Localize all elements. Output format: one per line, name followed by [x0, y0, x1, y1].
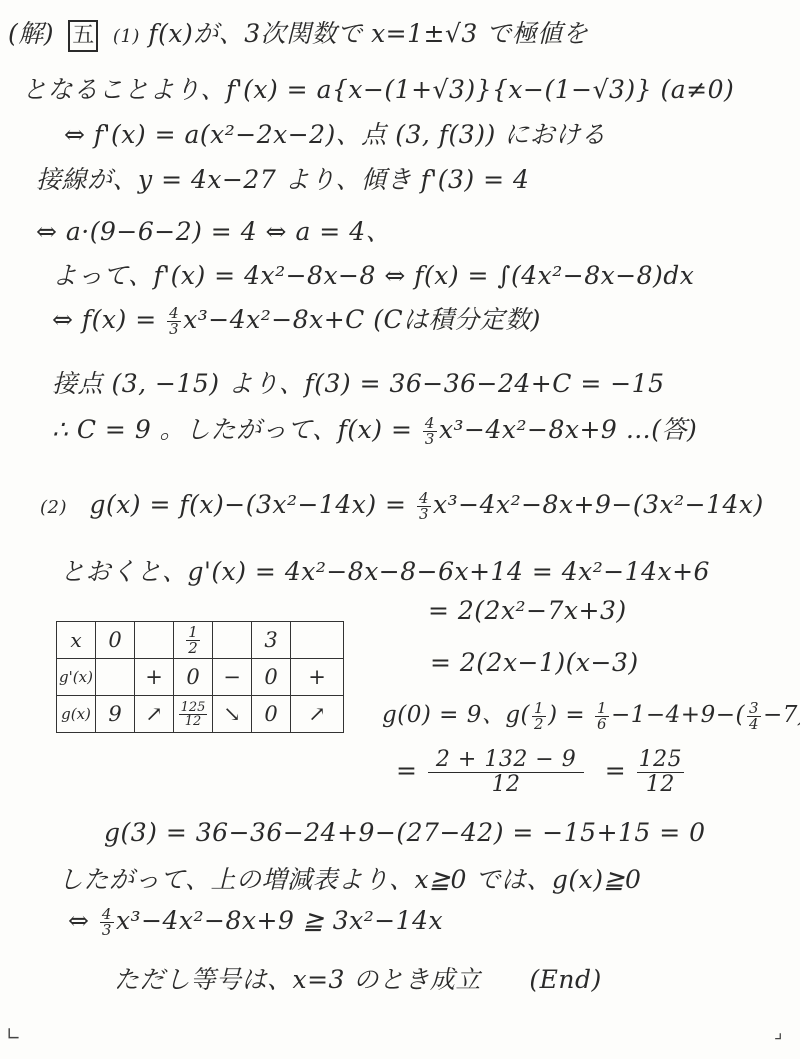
- line-9: ∴ C = 9 。したがって、f(x) = 4 3 x³−4x²−8x+9 …(…: [52, 410, 697, 447]
- table-cell: 0: [252, 696, 291, 733]
- line-14-prefix: g(0) = 9、g(: [382, 702, 530, 728]
- fraction-half: 1 2: [532, 701, 546, 732]
- line-1: (解) 五 (1) f(x)が、3次関数で x=1±√3 で極値を: [8, 14, 588, 52]
- corner-mark-left-icon: ∟: [6, 1024, 21, 1045]
- table-cell: 0: [174, 659, 213, 696]
- line-9-prefix: ∴ C = 9 。したがって、f(x) =: [52, 415, 412, 444]
- line-7-prefix: ⇔ f(x) =: [52, 305, 157, 334]
- line-8: 接点 (3, −15) より、f(3) = 36−36−24+C = −15: [52, 364, 664, 400]
- line-16: g(3) = 36−36−24+9−(27−42) = −15+15 = 0: [104, 818, 706, 847]
- line-3: ⇔ f'(x) = a(x²−2x−2)、点 (3, f(3)) における: [64, 115, 606, 151]
- line-13: = 2(2x−1)(x−3): [430, 648, 639, 677]
- decreasing-arrow-icon: ↘: [213, 696, 252, 733]
- equals-sign: =: [605, 756, 626, 785]
- table-header-x: x: [57, 622, 96, 659]
- problem-number-box: 五: [68, 20, 98, 52]
- line-2: となることより、f'(x) = a{x−(1+√3)}{x−(1−√3)} (a…: [22, 70, 734, 106]
- table-cell: [213, 622, 252, 659]
- line-18-prefix: ⇔: [68, 906, 89, 935]
- table-cell: 3: [252, 622, 291, 659]
- increase-decrease-table: x 0 1 2 3 g'(x) + 0 − 0 + g(x) 9 ↗ 125 1…: [56, 621, 344, 733]
- table-cell: [291, 622, 344, 659]
- corner-mark-right-icon: ⌟: [774, 1022, 782, 1043]
- line-11: とおくと、g'(x) = 4x²−8x−8−6x+14 = 4x²−14x+6: [60, 552, 710, 588]
- table-row-derivative: g'(x) + 0 − 0 +: [57, 659, 344, 696]
- table-cell: 9: [96, 696, 135, 733]
- line-7: ⇔ f(x) = 4 3 x³−4x²−8x+C (Cは積分定数): [52, 300, 541, 337]
- line-18-suffix: x³−4x²−8x+9 ≧ 3x²−14x: [116, 906, 443, 935]
- line-14-end: −7): [763, 702, 800, 728]
- fraction-four-thirds: 4 3: [167, 306, 181, 337]
- equals-sign: =: [396, 756, 417, 785]
- equality-condition: ただし等号は、x=3 のとき成立: [114, 965, 481, 994]
- fraction-four-thirds: 4 3: [417, 491, 431, 522]
- fraction-three-quarters: 3 4: [747, 701, 761, 732]
- line-14: g(0) = 9、g( 1 2 ) = 1 6 −1−4+9−( 3 4 −7): [382, 696, 800, 732]
- line-10-prefix: g(x) = f(x)−(3x²−14x) =: [89, 490, 406, 519]
- line-10: (2) g(x) = f(x)−(3x²−14x) = 4 3 x³−4x²−8…: [40, 490, 764, 522]
- fraction-g-half-calc: 2 + 132 − 9 12: [428, 748, 584, 797]
- table-header-derivative: g'(x): [57, 659, 96, 696]
- line-12: = 2(2x²−7x+3): [428, 596, 627, 625]
- line-10-suffix: x³−4x²−8x+9−(3x²−14x): [433, 490, 764, 519]
- fraction-four-thirds: 4 3: [423, 416, 437, 447]
- fraction-g-half-result: 125 12: [637, 748, 685, 797]
- part-1-label: (1): [113, 26, 140, 47]
- part-2-label: (2): [40, 497, 67, 518]
- table-cell: [96, 659, 135, 696]
- table-row-function: g(x) 9 ↗ 125 12 ↘ 0 ↗: [57, 696, 344, 733]
- line-5: ⇔ a·(9−6−2) = 4 ⇔ a = 4、: [36, 212, 391, 248]
- line-6: よって、f'(x) = 4x²−8x−8 ⇔ f(x) = ∫(4x²−8x−8…: [52, 256, 694, 292]
- table-cell: 125 12: [174, 696, 213, 733]
- line-18: ⇔ 4 3 x³−4x²−8x+9 ≧ 3x²−14x: [68, 906, 443, 938]
- fraction-sixth: 1 6: [595, 701, 609, 732]
- solution-label: (解): [8, 19, 54, 48]
- line-14-suffix: −1−4+9−(: [611, 702, 745, 728]
- table-cell: 0: [96, 622, 135, 659]
- table-cell: +: [291, 659, 344, 696]
- table-cell: [135, 622, 174, 659]
- line-4: 接線が、y = 4x−27 より、傾き f'(3) = 4: [36, 160, 529, 196]
- table-row-x: x 0 1 2 3: [57, 622, 344, 659]
- table-cell: +: [135, 659, 174, 696]
- line-19: ただし等号は、x=3 のとき成立 (End): [114, 960, 602, 996]
- end-mark: (End): [529, 965, 601, 994]
- table-cell: −: [213, 659, 252, 696]
- line-17: したがって、上の増減表より、x≧0 では、g(x)≧0: [58, 860, 641, 896]
- fraction-max-value: 125 12: [179, 701, 208, 728]
- answer-line: x³−4x²−8x+9 …(答): [439, 415, 697, 444]
- table-header-function: g(x): [57, 696, 96, 733]
- fraction-four-thirds: 4 3: [100, 907, 114, 938]
- line-14-mid: ) =: [548, 702, 585, 728]
- table-cell: 0: [252, 659, 291, 696]
- increasing-arrow-icon: ↗: [135, 696, 174, 733]
- fraction-half: 1 2: [186, 625, 200, 656]
- increasing-arrow-icon: ↗: [291, 696, 344, 733]
- line-15: = 2 + 132 − 9 12 = 125 12: [396, 748, 686, 797]
- line-1-text: f(x)が、3次関数で x=1±√3 で極値を: [148, 19, 588, 48]
- line-7-suffix: x³−4x²−8x+C (Cは積分定数): [183, 305, 541, 334]
- table-cell: 1 2: [174, 622, 213, 659]
